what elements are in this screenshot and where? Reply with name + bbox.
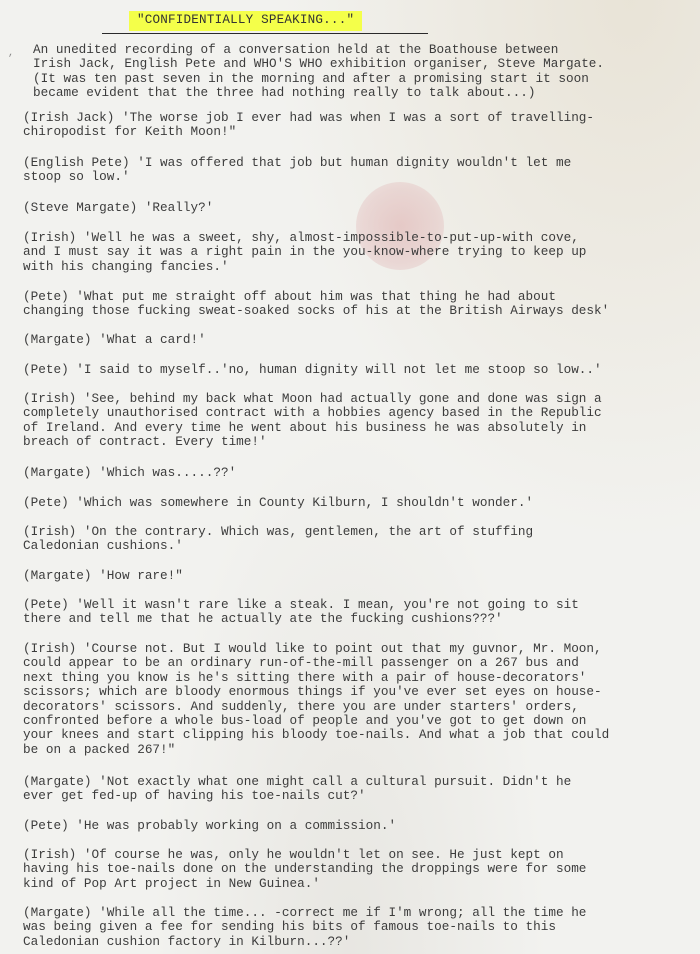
dialogue-paragraph: (Margate) 'While all the time... -correc… xyxy=(23,906,586,949)
dialogue-paragraph: (Margate) 'Not exactly what one might ca… xyxy=(23,775,571,804)
dialogue-paragraph: (Pete) 'Which was somewhere in County Ki… xyxy=(23,496,533,510)
document-title: "CONFIDENTIALLY SPEAKING..." xyxy=(129,11,362,31)
intro-paragraph: An unedited recording of a conversation … xyxy=(33,43,604,101)
dialogue-paragraph: (English Pete) 'I was offered that job b… xyxy=(23,156,571,185)
margin-mark: , xyxy=(8,48,14,59)
dialogue-paragraph: (Irish) 'On the contrary. Which was, gen… xyxy=(23,525,533,554)
dialogue-paragraph: (Irish) 'See, behind my back what Moon h… xyxy=(23,392,602,450)
dialogue-paragraph: (Pete) 'Well it wasn't rare like a steak… xyxy=(23,598,579,627)
dialogue-paragraph: (Margate) 'What a card!' xyxy=(23,333,206,347)
dialogue-paragraph: (Irish) 'Course not. But I would like to… xyxy=(23,642,609,757)
dialogue-paragraph: (Pete) 'I said to myself..'no, human dig… xyxy=(23,363,602,377)
title-underline: "CONFIDENTIALLY SPEAKING..." xyxy=(102,11,428,34)
dialogue-paragraph: (Margate) 'Which was.....??' xyxy=(23,466,236,480)
dialogue-paragraph: (Pete) 'He was probably working on a com… xyxy=(23,819,396,833)
dialogue-paragraph: (Pete) 'What put me straight off about h… xyxy=(23,290,609,319)
dialogue-paragraph: (Irish Jack) 'The worse job I ever had w… xyxy=(23,111,594,140)
dialogue-paragraph: (Irish) 'Of course he was, only he would… xyxy=(23,848,586,891)
dialogue-paragraph: (Margate) 'How rare!" xyxy=(23,569,183,583)
dialogue-paragraph: (Irish) 'Well he was a sweet, shy, almos… xyxy=(23,231,586,274)
dialogue-paragraph: (Steve Margate) 'Really?' xyxy=(23,201,213,215)
